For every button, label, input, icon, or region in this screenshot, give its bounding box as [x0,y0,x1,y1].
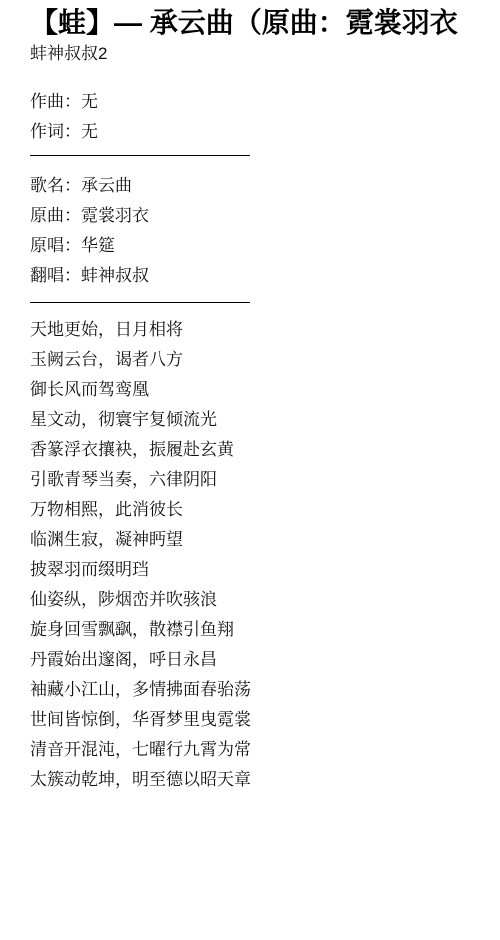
lyric-line: 引歌青琴当奏，六律阴阳 [30,465,500,495]
lyrics-page: 【蛙】— 承云曲（原曲：霓裳羽衣 蚌神叔叔2 作曲：无 作词：无 歌名：承云曲 … [0,0,500,940]
lyric-line: 天地更始，日月相将 [30,315,500,345]
lyrics-section: 天地更始，日月相将 玉阙云台，谒者八方 御长风而驾鸾凰 星文动，彻寰宇复倾流光 … [30,315,500,795]
lyric-line: 旋身回雪飘飖，散襟引鱼翔 [30,615,500,645]
lyric-line: 披翠羽而缀明珰 [30,555,500,585]
composer-line: 作曲：无 [30,87,500,117]
lyric-line: 袖藏小江山，多情拂面春骀荡 [30,675,500,705]
lyric-line: 星文动，彻寰宇复倾流光 [30,405,500,435]
song-info-section: 歌名：承云曲 原曲：霓裳羽衣 原唱：华筵 翻唱：蚌神叔叔 [30,171,500,291]
lyric-line: 丹霞始出邃阁，呼日永昌 [30,645,500,675]
cover-singer-line: 翻唱：蚌神叔叔 [30,261,500,291]
lyric-line: 仙姿纵，陟烟峦并吹骇浪 [30,585,500,615]
lyric-line: 临渊生寂，凝神眄望 [30,525,500,555]
page-title: 【蛙】— 承云曲（原曲：霓裳羽衣 [30,0,500,40]
original-song-line: 原曲：霓裳羽衣 [30,201,500,231]
section-divider [30,155,250,156]
uploader-name: 蚌神叔叔2 [30,43,500,65]
section-divider [30,302,250,303]
lyric-line: 清音开混沌，七曜行九霄为常 [30,735,500,765]
lyricist-line: 作词：无 [30,117,500,147]
song-name-line: 歌名：承云曲 [30,171,500,201]
lyric-line: 香篆浮衣攘袂，振履赴玄黄 [30,435,500,465]
lyric-line: 御长风而驾鸾凰 [30,375,500,405]
lyric-line: 太簇动乾坤，明至德以昭天章 [30,765,500,795]
original-singer-line: 原唱：华筵 [30,231,500,261]
credits-section: 作曲：无 作词：无 [30,87,500,147]
lyric-line: 万物相熙，此消彼长 [30,495,500,525]
lyric-line: 玉阙云台，谒者八方 [30,345,500,375]
lyric-line: 世间皆惊倒，华胥梦里曳霓裳 [30,705,500,735]
